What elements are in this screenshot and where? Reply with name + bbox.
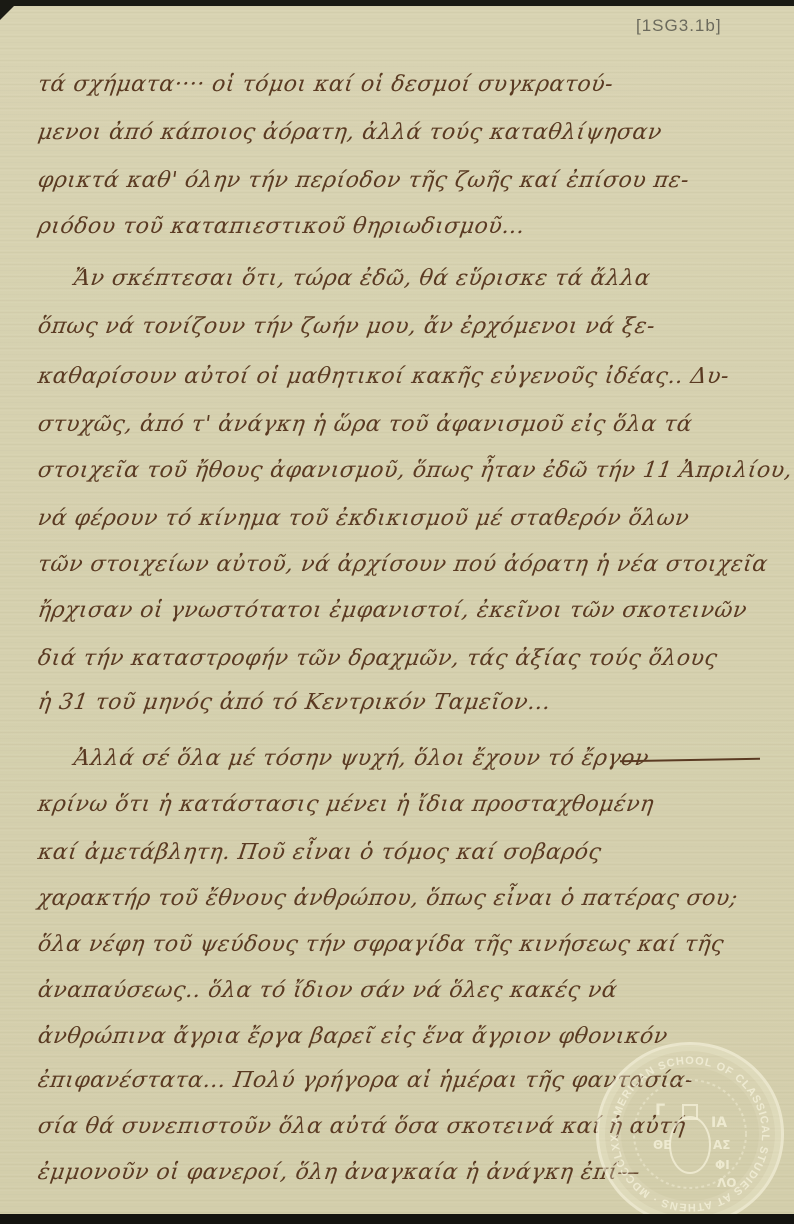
manuscript-line-16: κρίνω ὅτι ἡ κατάστασις μένει ἡ ἴδια προσ… [36,792,655,817]
manuscript-line-10: νά φέρουν τό κίνημα τοῦ ἐκδικισμοῦ μέ στ… [36,506,691,531]
svg-text:ΦΙ: ΦΙ [715,1158,730,1172]
archive-reference-number: [1SG3.1b] [636,16,722,36]
manuscript-line-23: σία θά συνεπιστοῦν ὅλα αὐτά ὅσα σκοτεινά… [36,1114,687,1139]
manuscript-line-8: στυχῶς, ἀπό τ' ἀνάγκη ἡ ὥρα τοῦ ἀφανισμο… [36,412,694,437]
seal-emblem-icon: AMERICAN SCHOOL OF CLASSICAL STUDIES AT … [599,1045,781,1223]
svg-text:Γ: Γ [655,1100,665,1119]
manuscript-line-18: χαρακτήρ τοῦ ἔθνους ἀνθρώπου, ὅπως εἶναι… [36,886,739,911]
svg-text:ΑΣ: ΑΣ [713,1138,730,1152]
manuscript-line-2: μενοι ἀπό κάποιος ἀόρατη, ἀλλά τούς κατα… [36,120,663,145]
manuscript-line-7: καθαρίσουν αὐτοί οἱ μαθητικοί κακῆς εὐγε… [36,364,730,389]
manuscript-line-12: ἤρχισαν οἱ γνωστότατοι ἐμφανιστοί, ἐκεῖν… [36,598,748,623]
manuscript-line-4: ριόδου τοῦ καταπιεστικοῦ θηριωδισμοῦ... [36,214,526,239]
manuscript-line-21: ἀνθρώπινα ἄγρια ἔργα βαρεῖ εἰς ἕνα ἄγριο… [36,1024,669,1049]
manuscript-line-20: ἀναπαύσεως.. ὅλα τό ἴδιον σάν νά ὅλες κα… [36,978,619,1003]
manuscript-line-19: ὅλα νέφη τοῦ ψεύδους τήν σφραγίδα τῆς κι… [36,932,725,957]
manuscript-line-9: στοιχεῖα τοῦ ἤθους ἀφανισμοῦ, ὅπως ἦταν … [36,458,794,483]
manuscript-line-1: τά σχήματα···· οἱ τόμοι καί οἱ δεσμοί συ… [36,72,615,97]
manuscript-line-17: καί ἀμετάβλητη. Ποῦ εἶναι ὁ τόμος καί σο… [36,840,603,865]
manuscript-line-11: τῶν στοιχείων αὐτοῦ, νά ἀρχίσουν πού ἀόρ… [36,552,769,577]
manuscript-line-24: ἐμμονοῦν οἱ φανεροί, ὅλη ἀναγκαία ἡ ἀνάγ… [36,1160,641,1185]
manuscript-line-22: ἐπιφανέστατα... Πολύ γρήγορα αἱ ἡμέραι τ… [36,1068,695,1093]
manuscript-line-13: διά τήν καταστροφήν τῶν δραχμῶν, τάς ἀξί… [36,646,719,671]
archive-seal-stamp: AMERICAN SCHOOL OF CLASSICAL STUDIES AT … [596,1042,784,1224]
scan-border [0,1214,794,1224]
manuscript-line-3: φρικτά καθ' όλην τήν περίοδον τῆς ζωῆς κ… [36,168,691,193]
manuscript-line-6: ὅπως νά τονίζουν τήν ζωήν μου, ἄν ἐρχόμε… [36,314,657,339]
svg-text:ΘΕ: ΘΕ [653,1138,671,1152]
svg-text:ΛΟ: ΛΟ [717,1176,737,1190]
manuscript-line-14: ἡ 31 τοῦ μηνός ἀπό τό Κεντρικόν Ταμεῖον.… [36,690,552,715]
manuscript-page: [1SG3.1b] τά σχήματα···· οἱ τόμοι καί οἱ… [0,6,794,1214]
manuscript-line-15: Ἀλλά σέ ὅλα μέ τόσην ψυχή, ὅλοι ἔχουν τό… [72,746,650,771]
manuscript-line-5: Ἄν σκέπτεσαι ὅτι, τώρα ἐδῶ, θά εὕρισκε τ… [72,266,652,291]
svg-text:ΙΑ: ΙΑ [711,1115,727,1131]
